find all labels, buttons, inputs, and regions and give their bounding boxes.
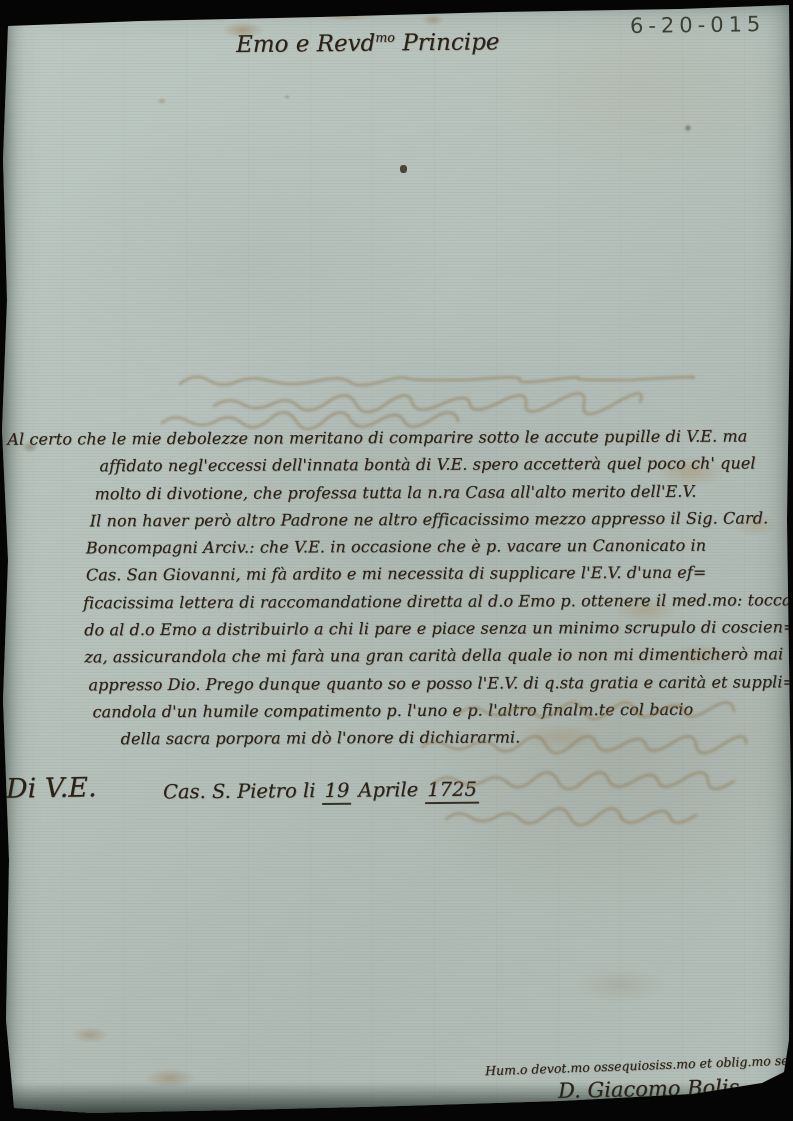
ink-speck	[400, 165, 407, 173]
letter-body: Al certo che le mie debolezze non merita…	[0, 422, 793, 753]
manuscript-line: appresso Dio. Prego dunque quanto so e p…	[88, 668, 793, 698]
manuscript-line: Boncompagni Arciv.: che V.E. in occasion…	[86, 531, 793, 561]
valediction: Di V.E.	[6, 772, 97, 805]
dateline-month: Aprile	[358, 778, 418, 802]
dateline: Cas. S. Pietro li19Aprile1725	[163, 778, 479, 804]
manuscript-line: affidato negl'eccessi dell'innata bontà …	[99, 450, 792, 480]
manuscript-line: Il non haver però altro Padrone ne altro…	[90, 504, 793, 534]
dateline-place: Cas. S. Pietro li	[163, 779, 316, 803]
manuscript-line: Al certo che le mie debolezze non merita…	[7, 422, 792, 453]
salutation-title: Principe	[395, 29, 500, 56]
signature-closing: Hum.o devot.mo ossequiosiss.mo et oblig.…	[485, 1051, 793, 1078]
salutation-text: Emo e Revd	[236, 31, 376, 58]
manuscript-line: molto di divotione, che professa tutta l…	[95, 477, 793, 507]
salutation: Emo e Revdmo Principe	[236, 29, 500, 58]
manuscript-line: Cas. San Giovanni, mi fà ardito e mi nec…	[86, 559, 793, 589]
manuscript-line: do al d.o Emo a distribuirlo a chi li pa…	[84, 613, 793, 643]
manuscript-line: candola d'un humile compatimento p. l'un…	[92, 695, 793, 725]
scan-canvas: 6-20-015 Emo e Revdmo Principe Al certo …	[0, 0, 793, 1121]
manuscript-line: za, assicurandola che mi farà una gran c…	[84, 641, 793, 671]
manuscript-page: 6-20-015 Emo e Revdmo Principe Al certo …	[0, 0, 793, 1121]
salutation-superscript: mo	[375, 30, 395, 45]
signature-name: D. Giacomo Bolis	[558, 1075, 740, 1103]
manuscript-line: ficacissima lettera di raccomandatione d…	[83, 586, 793, 616]
manuscript-line: della sacra porpora mi dò l'onore di dic…	[121, 723, 793, 753]
dateline-year: 1725	[425, 778, 479, 804]
catalog-number: 6-20-015	[630, 12, 766, 38]
dateline-day: 19	[322, 779, 351, 805]
